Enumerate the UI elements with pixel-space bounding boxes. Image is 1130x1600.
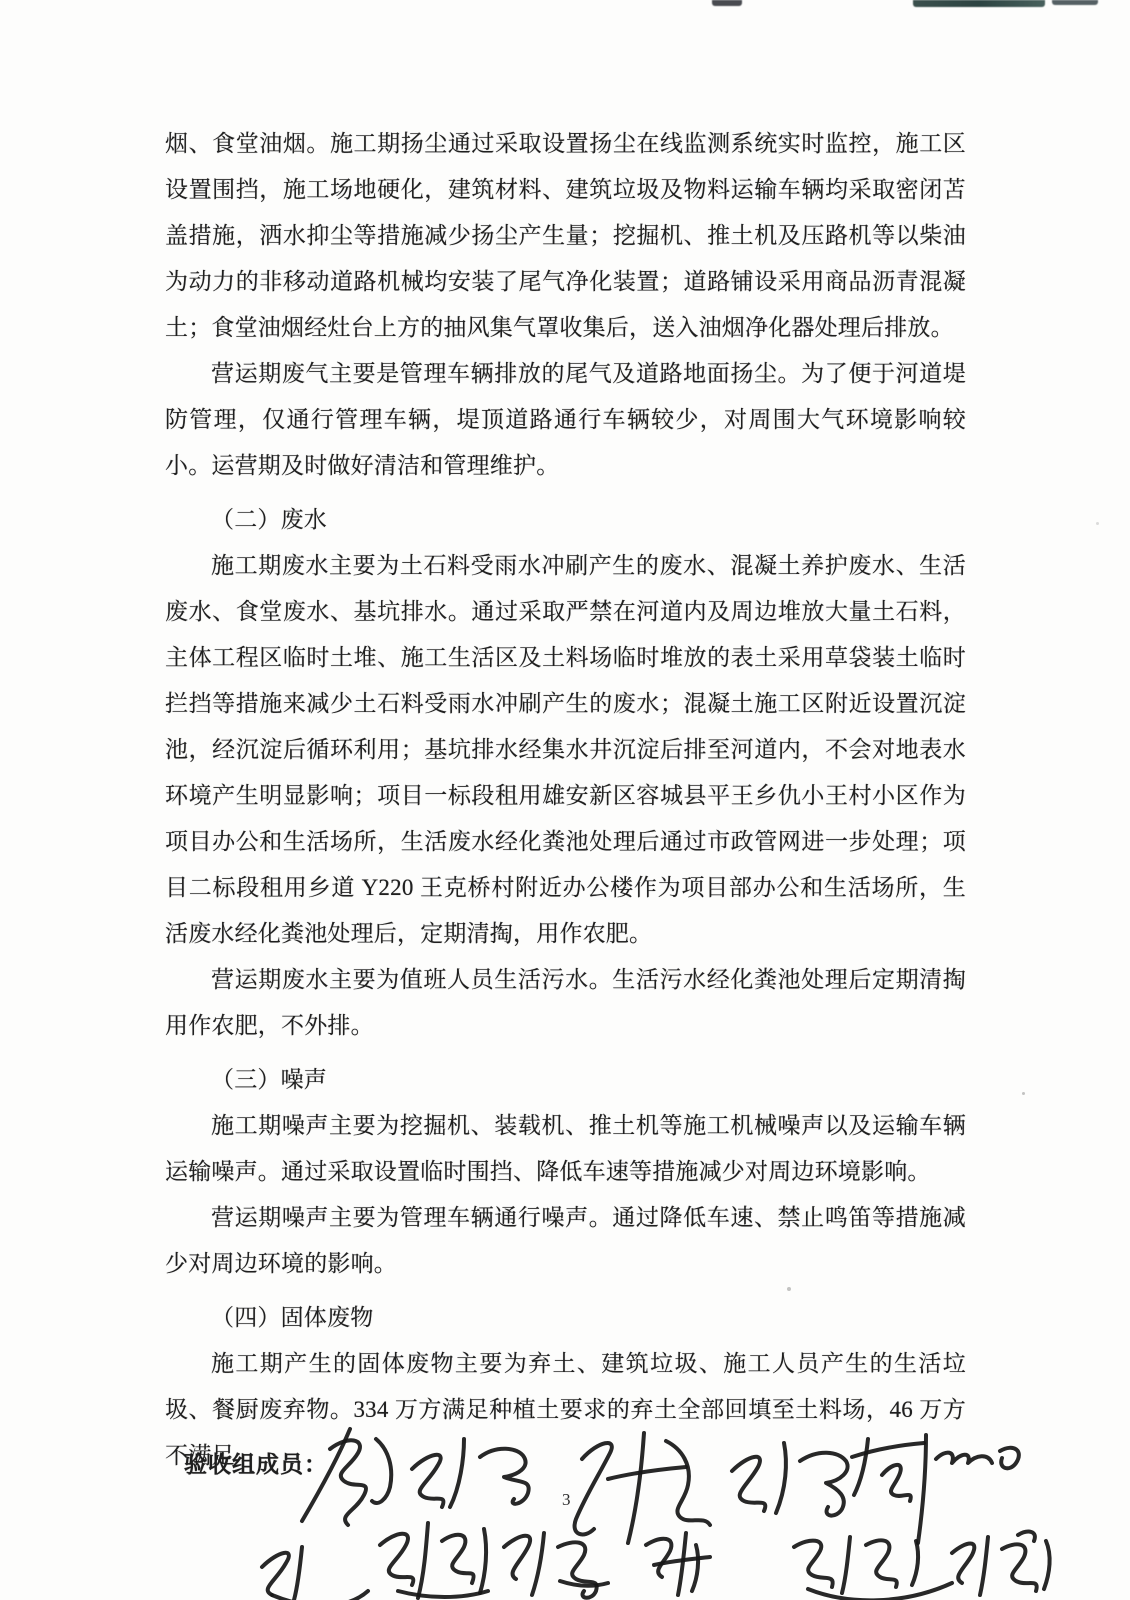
paragraph: 施工期废水主要为土石料受雨水冲刷产生的废水、混凝土养护废水、生活废水、食堂废水、…	[165, 543, 966, 957]
scan-speck	[1096, 522, 1099, 525]
document-content: 烟、食堂油烟。施工期扬尘通过采取设置扬尘在线监测系统实时监控，施工区设置围挡，施…	[165, 121, 966, 1479]
paragraph: 营运期废水主要为值班人员生活污水。生活污水经化粪池处理后定期清掏用作农肥，不外排…	[165, 957, 966, 1049]
section-heading: （四）固体废物	[165, 1295, 966, 1341]
paragraph: 烟、食堂油烟。施工期扬尘通过采取设置扬尘在线监测系统实时监控，施工区设置围挡，施…	[165, 121, 966, 351]
paragraph: 营运期废气主要是管理车辆排放的尾气及道路地面扬尘。为了便于河道堤防管理，仅通行管…	[165, 351, 966, 489]
section-heading: （三）噪声	[165, 1057, 966, 1103]
paragraph: 施工期噪声主要为挖掘机、装载机、推土机等施工机械噪声以及运输车辆运输噪声。通过采…	[165, 1103, 966, 1195]
scan-edge-mark	[913, 0, 1045, 7]
handwritten-signatures	[180, 1395, 1130, 1600]
signature-5	[852, 1435, 1019, 1543]
paragraph: 营运期噪声主要为管理车辆通行噪声。通过降低车速、禁止鸣笛等措施减少对周边环境的影…	[165, 1195, 966, 1287]
signature-10	[794, 1537, 952, 1600]
signature-2	[412, 1439, 529, 1507]
section-heading: （二）废水	[165, 497, 966, 543]
scan-speck	[1022, 1092, 1025, 1095]
signature-7	[380, 1523, 488, 1598]
signature-11	[952, 1532, 1050, 1595]
signature-1	[302, 1429, 391, 1525]
signature-6	[262, 1547, 368, 1600]
scan-edge-mark	[712, 0, 742, 6]
signature-4	[732, 1443, 848, 1516]
scan-edge-mark	[1052, 0, 1098, 5]
signature-3	[575, 1433, 710, 1543]
signature-8	[504, 1533, 608, 1598]
scanned-document-page: 烟、食堂油烟。施工期扬尘通过采取设置扬尘在线监测系统实时监控，施工区设置围挡，施…	[0, 0, 1130, 1600]
signature-9	[646, 1533, 710, 1595]
